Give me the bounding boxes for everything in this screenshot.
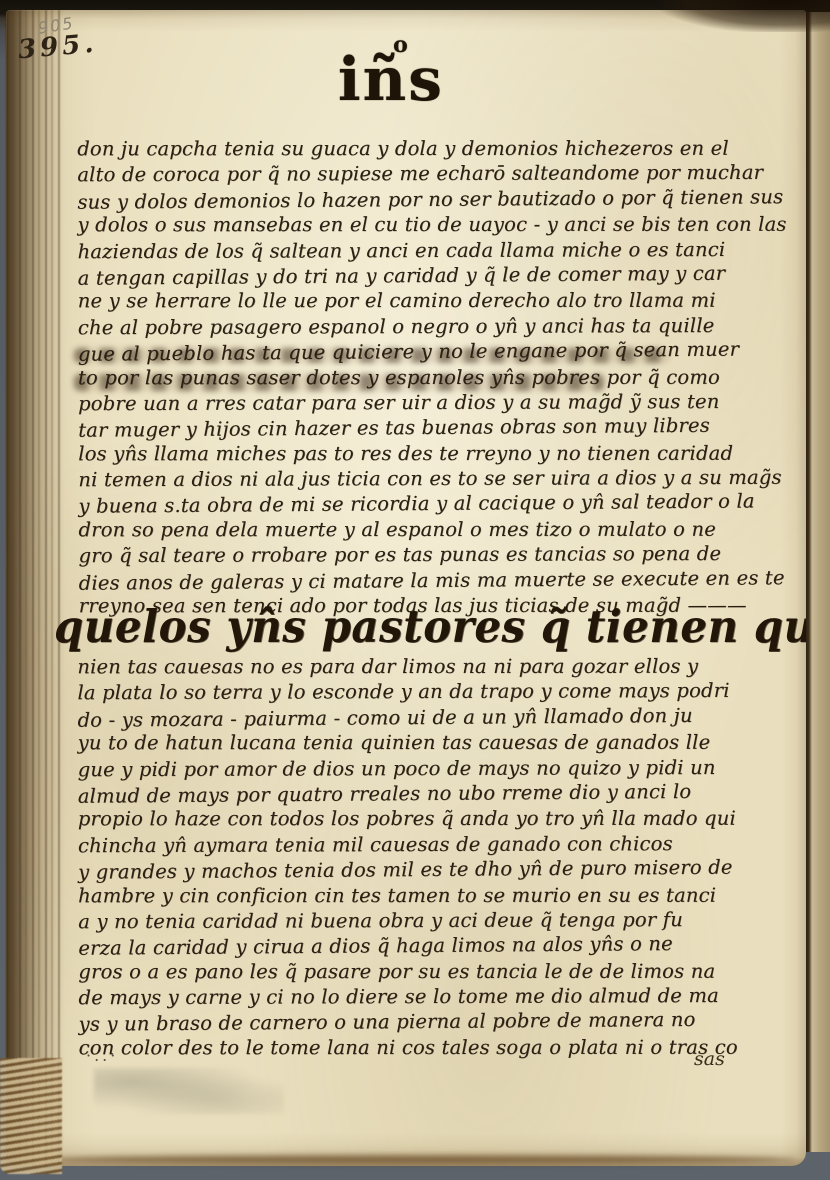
manuscript-line: ne y se herrare lo lle ue por el camino …	[78, 288, 778, 314]
page-stack-edge	[0, 1058, 62, 1174]
pencil-smudge	[94, 1068, 284, 1114]
manuscript-line: propio lo haze con todos los pobres q̃ a…	[78, 806, 778, 832]
manuscript-line: con color des to le tome lana ni cos tal…	[79, 1035, 779, 1061]
top-right-shadow	[660, 0, 830, 32]
manuscript-line: almud de mays por quatro rreales no ubo …	[78, 778, 778, 809]
text-block-upper: don ju capcha tenia su guaca y dola y de…	[77, 135, 779, 620]
manuscript-line: hambre y cin conficion cin tes tamen to …	[78, 882, 778, 908]
manuscript-line: y grandes y machos tenia dos mil es te d…	[78, 854, 778, 885]
manuscript-line: gue y pidi por amor de dios un poco de m…	[78, 754, 778, 782]
manuscript-line: to por las punas saser dotes y espanoles…	[78, 364, 778, 390]
photo-background: 905 395. o iñs don ju capcha tenia su gu…	[0, 0, 830, 1180]
manuscript-line: tar muger y hijos cin hazer es tas buena…	[78, 413, 778, 444]
page-bottom-edge-shadow	[42, 1155, 798, 1164]
manuscript-line: y buena s.ta obra de mi se ricordia y al…	[78, 489, 778, 520]
section-heading: quelos yn̂s pastores q̃ tienen qui	[54, 601, 790, 653]
manuscript-line: nien tas cauesas no es para dar limos na…	[77, 654, 777, 680]
manuscript-line: ys y un braso de carnero o una pierna al…	[78, 1007, 778, 1038]
manuscript-line: do - ys mozara - paiurma - como ui de a …	[77, 702, 777, 733]
manuscript-line: la plata lo so terra y lo esconde y an d…	[77, 678, 777, 706]
manuscript-line: y dolos o sus mansebas en el cu tio de u…	[77, 212, 777, 238]
manuscript-line: gros o a es pano les q̃ pasare por su es…	[78, 958, 778, 984]
manuscript-page: 905 395. o iñs don ju capcha tenia su gu…	[6, 10, 806, 1166]
manuscript-line: don ju capcha tenia su guaca y dola y de…	[77, 136, 777, 162]
ihs-monogram: o iñs	[6, 50, 776, 110]
manuscript-line: haziendas de los q̃ saltean y anci en ca…	[78, 236, 778, 264]
manuscript-line: erza la caridad y cirua a dios q̃ haga l…	[78, 931, 778, 962]
manuscript-line: los yn̂s llama miches pas to res des te …	[78, 440, 778, 466]
manuscript-line: yu to de hatun lucana tenia quinien tas …	[78, 730, 778, 756]
book-gutter	[6, 10, 64, 1166]
adjacent-page-edge	[806, 12, 830, 1152]
manuscript-line: dron so pena dela muerte y al espanol o …	[79, 517, 779, 543]
manuscript-line: gro q̃ sal teare o rrobare por es tas pu…	[79, 541, 779, 569]
text-block-lower: nien tas cauesas no es para dar limos na…	[77, 653, 778, 1062]
manuscript-line: sus y dolos demonios lo hazen por no ser…	[77, 184, 777, 215]
monogram-wrap: o iñs	[338, 50, 444, 110]
manuscript-line: alto de coroca por q̃ no supiese me echa…	[77, 160, 777, 188]
manuscript-line: a tengan capillas y do tri na y caridad …	[78, 260, 778, 291]
footer-dots: ·..·	[86, 1046, 118, 1065]
monogram-text: iñs	[338, 45, 444, 115]
monogram-superscript-o: o	[393, 34, 410, 56]
manuscript-line: gue al pueblo has ta que quiciere y no l…	[78, 336, 778, 367]
manuscript-line: dies anos de galeras y ci matare la mis …	[79, 565, 779, 596]
catchword: sas	[694, 1048, 725, 1070]
